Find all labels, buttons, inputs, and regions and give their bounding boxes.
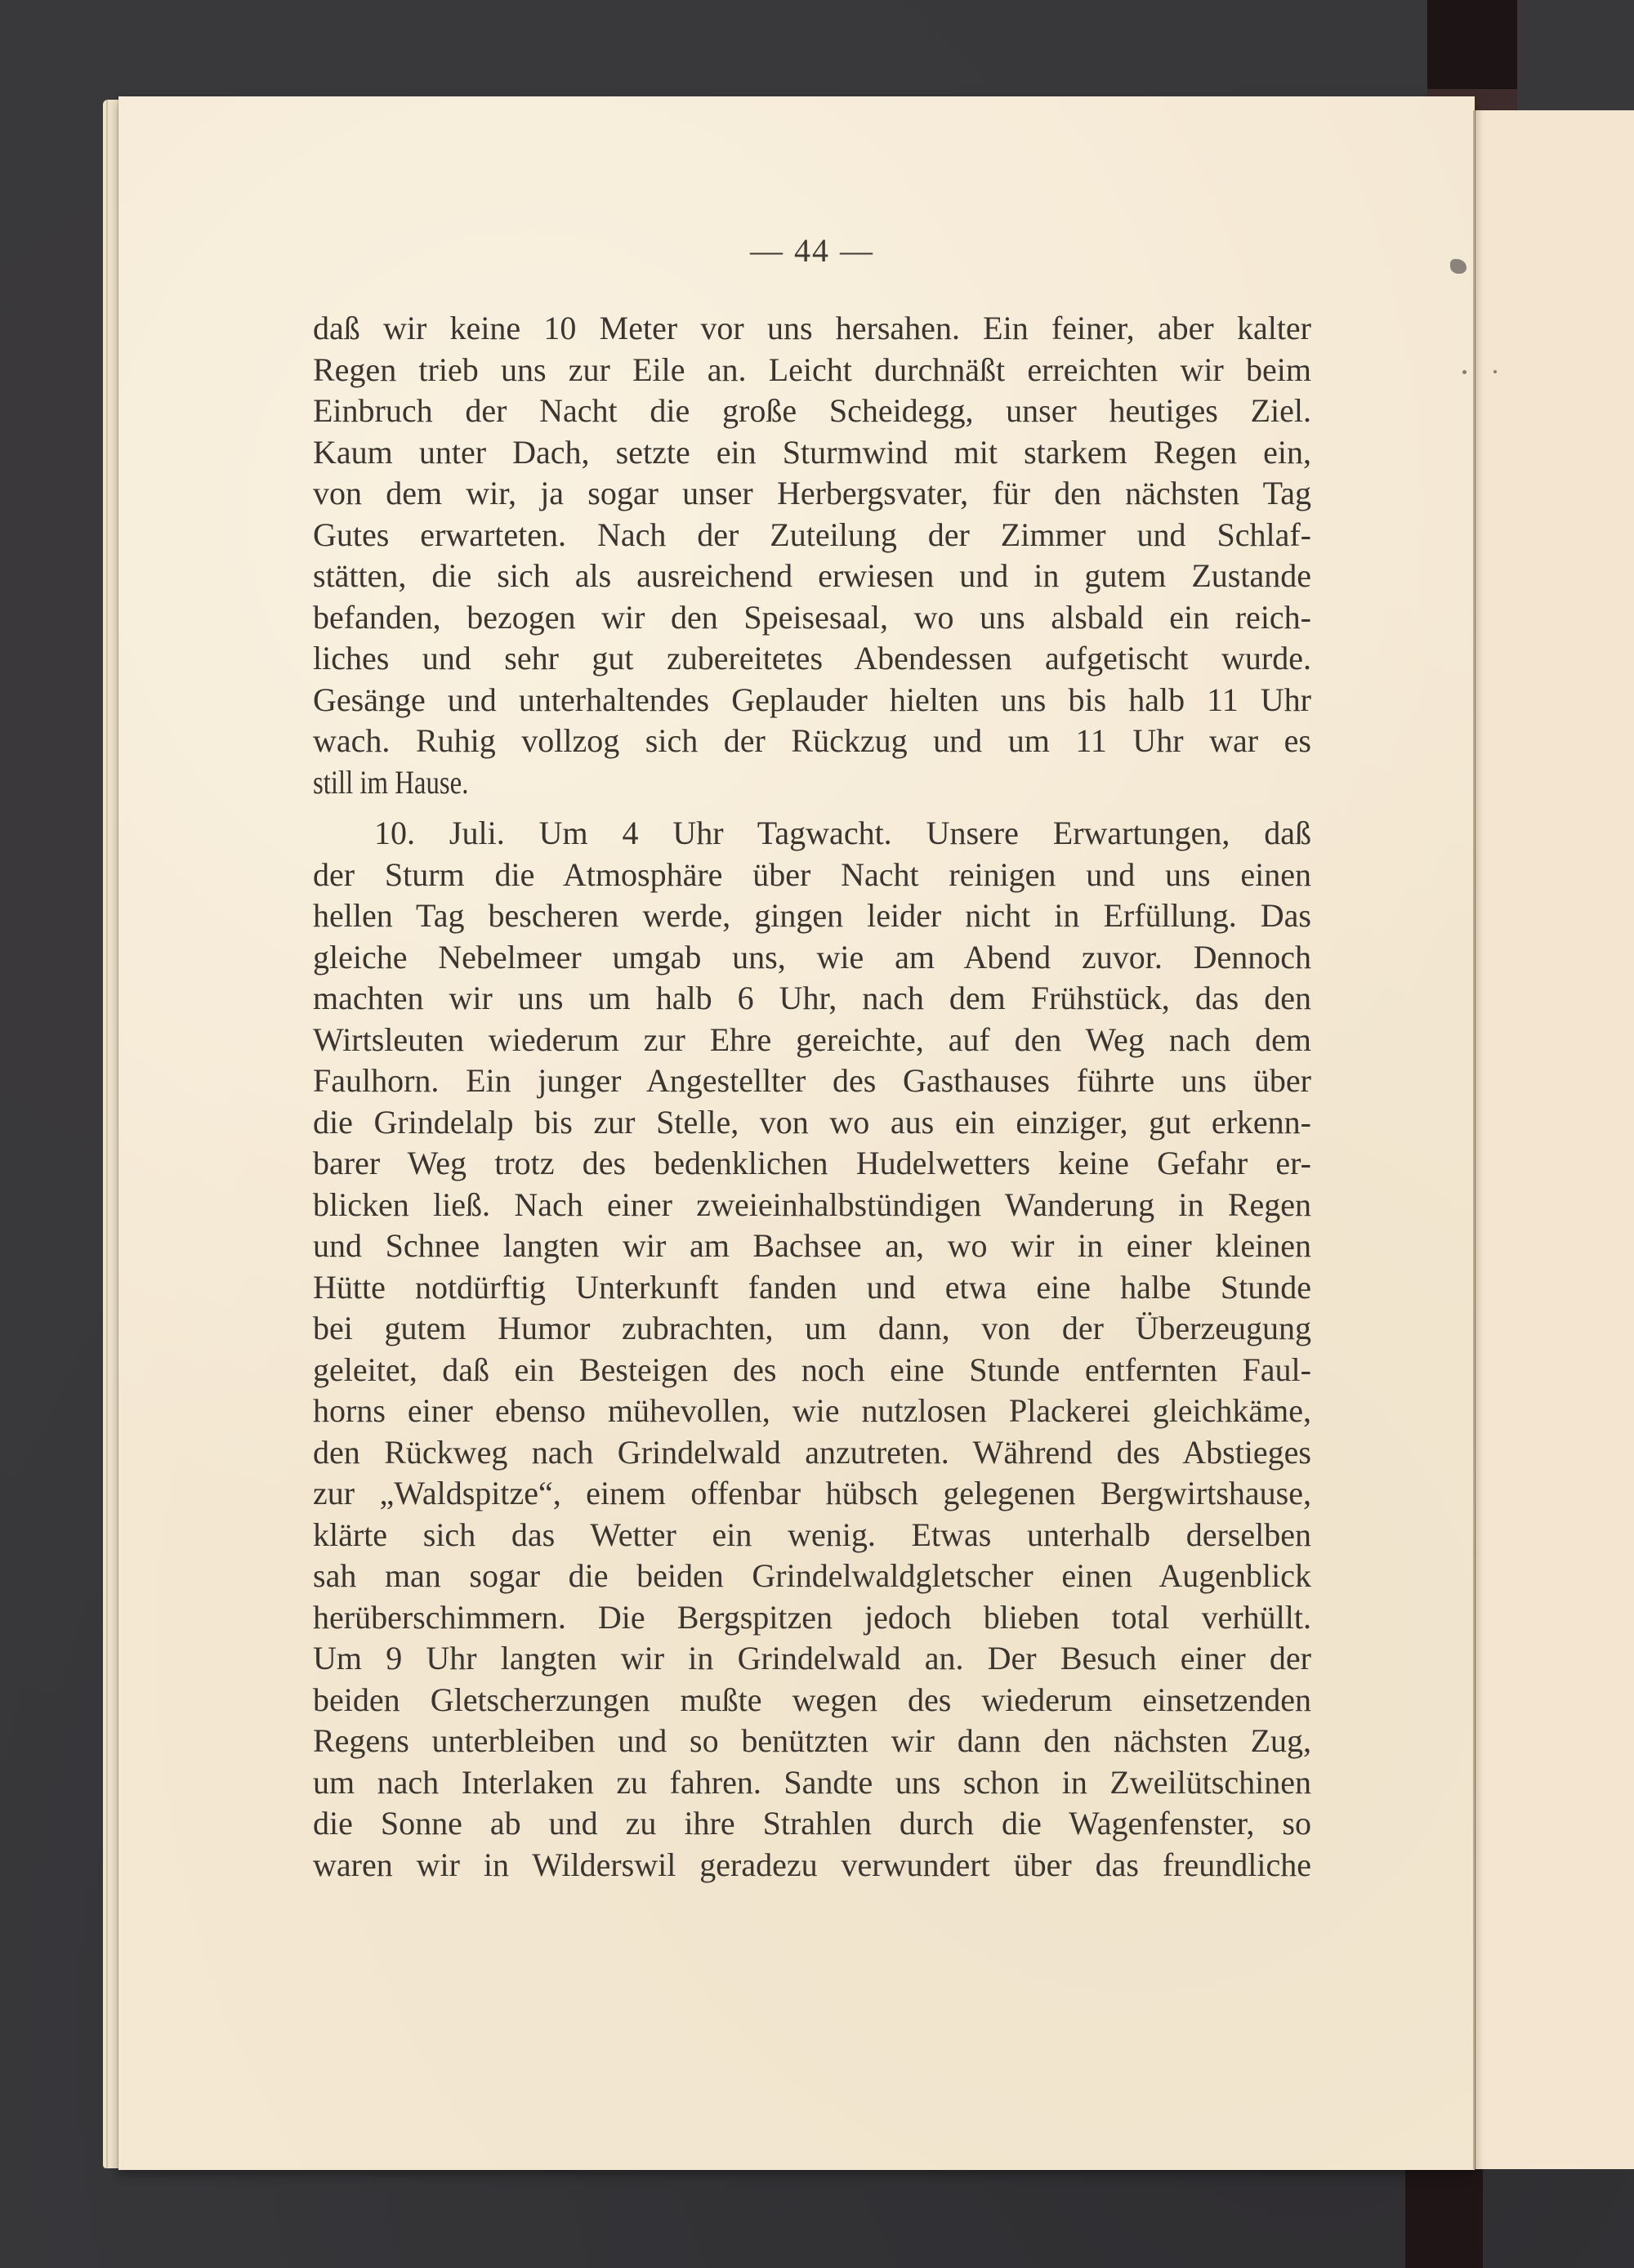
text-line: von dem wir, ja sogar unser Herbergsvate…	[313, 473, 1311, 515]
page-number: — 44 —	[313, 231, 1311, 270]
text-line: Um 9 Uhr langten wir in Grindelwald an. …	[313, 1638, 1311, 1680]
text-line: Kaum unter Dach, setzte ein Sturmwind mi…	[313, 432, 1311, 474]
text-line: gleiche Nebelmeer umgab uns, wie am Aben…	[313, 937, 1311, 979]
text-line: wach. Ruhig vollzog sich der Rückzug und…	[313, 721, 1311, 762]
paper-speck	[1462, 370, 1467, 374]
text-line: machten wir uns um halb 6 Uhr, nach dem …	[313, 978, 1311, 1020]
book-page: — 44 — daß wir keine 10 Meter vor uns he…	[118, 96, 1475, 2170]
paragraph-gap	[313, 803, 1311, 813]
paragraph: daß wir keine 10 Meter vor uns hersahen.…	[313, 308, 1311, 803]
text-line: klärte sich das Wetter ein wenig. Etwas …	[313, 1515, 1311, 1556]
text-line: horns einer ebenso mühevollen, wie nutzl…	[313, 1391, 1311, 1432]
text-line: Wirtsleuten wiederum zur Ehre gereichte,…	[313, 1020, 1311, 1061]
text-line: befanden, bezogen wir den Speisesaal, wo…	[313, 597, 1311, 639]
text-line: still im Hause.	[313, 762, 1132, 804]
text-line: beiden Gletscherzungen mußte wegen des w…	[313, 1680, 1311, 1721]
text-line: um nach Interlaken zu fahren. Sandte uns…	[313, 1762, 1311, 1804]
text-line: Faulhorn. Ein junger Angestellter des Ga…	[313, 1060, 1311, 1102]
text-line: den Rückweg nach Grindelwald anzutreten.…	[313, 1432, 1311, 1474]
text-line: die Sonne ab und zu ihre Strahlen durch …	[313, 1803, 1311, 1845]
facing-page	[1476, 110, 1634, 2169]
text-line: barer Weg trotz des bedenklichen Hudelwe…	[313, 1143, 1311, 1185]
text-line: 10. Juli. Um 4 Uhr Tagwacht. Unsere Erwa…	[313, 813, 1311, 855]
paper-speck	[1493, 370, 1497, 373]
text-line: der Sturm die Atmosphäre über Nacht rein…	[313, 855, 1311, 896]
text-line: und Schnee langten wir am Bachsee an, wo…	[313, 1226, 1311, 1267]
text-line: Regens unterbleiben und so benützten wir…	[313, 1721, 1311, 1762]
text-line: Regen trieb uns zur Eile an. Leicht durc…	[313, 350, 1311, 391]
text-line: Gesänge und unterhaltendes Geplauder hie…	[313, 680, 1311, 721]
paper-speck	[1450, 259, 1467, 274]
text-line: liches und sehr gut zubereitetes Abendes…	[313, 638, 1311, 680]
text-line: sah man sogar die beiden Grindelwaldglet…	[313, 1556, 1311, 1597]
book-spine-bottom	[1405, 2169, 1483, 2268]
text-line: zur „Waldspitze“, einem offenbar hübsch …	[313, 1473, 1311, 1515]
text-line: geleitet, daß ein Besteigen des noch ein…	[313, 1350, 1311, 1391]
text-line: blicken ließ. Nach einer zweieinhalbstün…	[313, 1185, 1311, 1226]
text-line: Hütte notdürftig Unterkunft fanden und e…	[313, 1267, 1311, 1309]
text-line: waren wir in Wilderswil geradezu verwund…	[313, 1845, 1311, 1886]
gutter-line	[1473, 110, 1476, 2169]
body-text: daß wir keine 10 Meter vor uns hersahen.…	[313, 308, 1311, 1886]
text-line: die Grindelalp bis zur Stelle, von wo au…	[313, 1102, 1311, 1144]
text-line: daß wir keine 10 Meter vor uns hersahen.…	[313, 308, 1311, 350]
text-line: Gutes erwarteten. Nach der Zuteilung der…	[313, 515, 1311, 556]
paragraph: 10. Juli. Um 4 Uhr Tagwacht. Unsere Erwa…	[313, 813, 1311, 1886]
text-line: bei gutem Humor zubrachten, um dann, von…	[313, 1308, 1311, 1350]
text-line: herüberschimmern. Die Bergspitzen jedoch…	[313, 1597, 1311, 1639]
book-spine-top	[1427, 0, 1517, 110]
text-line: Einbruch der Nacht die große Scheidegg, …	[313, 391, 1311, 432]
text-line: stätten, die sich als ausreichend erwies…	[313, 556, 1311, 597]
page-edge-line	[106, 100, 108, 2168]
text-line: hellen Tag bescheren werde, gingen leide…	[313, 895, 1311, 937]
